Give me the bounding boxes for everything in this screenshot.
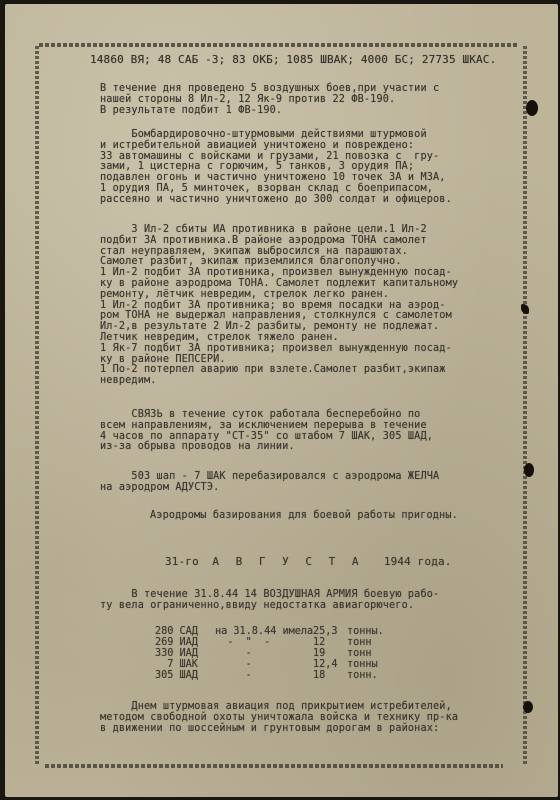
date-month: А В Г У С Т А [212,555,363,568]
fuel-measure: тонны. [347,626,384,637]
date-day: 31-го [165,555,199,568]
fuel-amount: 19 [313,648,347,659]
fuel-measure: тонны [347,659,378,670]
fuel-measure: тонн. [347,670,378,681]
ammunition-line: 14860 ВЯ; 48 САБ -3; 83 ОКБ; 1085 ШВАК; … [90,55,496,66]
fuel-unit: 330 ИАД [155,648,215,659]
fuel-row: 269 ИАД - " -12тонн [155,637,384,648]
fuel-unit: 280 САД [155,626,215,637]
punch-hole [523,701,533,713]
typed-border-bottom [45,764,503,768]
fuel-amount: 12,4 [313,659,347,670]
fuel-row: 330 ИАД -19тонн [155,648,384,659]
fuel-measure: тонн [347,648,372,659]
typed-border-right [523,46,527,766]
fuel-amount: 12 [313,637,347,648]
communications-paragraph: СВЯЗЬ в течение суток работала бесперебо… [100,410,433,453]
typed-border-top [39,43,517,47]
text-line: и истребительной авиацией уничтожено и п… [100,141,452,152]
fuel-date: на 31.8.44 имела [215,626,313,637]
fuel-date: - [215,659,313,670]
relocation-paragraph: 503 шап - 7 ШАК перебазировался с аэродр… [100,472,439,494]
text-line: невредим. [100,376,458,387]
fuel-table: 280 САДна 31.8.44 имела25,3тонны. 269 ИА… [155,626,384,681]
fuel-amount: 25,3 [313,626,347,637]
air-combat-paragraph: В течение дня проведено 5 воздушных боев… [100,84,439,116]
text-line: 1 Як-7 подбит ЗА противника; произвел вы… [100,344,458,355]
text-line: рассеяно и частично уничтожено до 300 со… [100,195,452,206]
punch-hole [526,100,538,116]
text-line: подбит ЗА противника.В районе аэродрома … [100,236,458,247]
text-line: всем направлениям, за исключением переры… [100,421,433,432]
fuel-unit: 269 ИАД [155,637,215,648]
fuel-date: - [215,648,313,659]
fuel-measure: тонн [347,637,372,648]
text-line: В результате подбит 1 ФВ-190. [100,106,439,117]
punch-hole [521,304,529,314]
date-year: 1944 года. [384,555,452,568]
fuel-row: 305 ШАД -18тонн. [155,670,384,681]
text-line: нашей стороны 8 Ил-2, 12 Як-9 против 22 … [100,95,439,106]
punch-hole [524,463,534,477]
text-line: ту вела ограниченно,ввиду недостатка ави… [100,601,439,612]
airfields-status: Аэродромы базирования для боевой работы … [150,511,458,522]
text-line: в движении по шоссейным и грунтовым доро… [100,724,458,735]
text-line: на аэродром АДУСТЭ. [100,483,439,494]
typed-border-left [35,46,39,766]
text-line: ремонту, лётчик невредим, стрелок легко … [100,290,458,301]
fuel-row: 7 ШАК -12,4тонны [155,659,384,670]
destroyed-paragraph: Бомбардировочно-штурмовыми действиями шт… [100,130,452,206]
fuel-date: - " - [215,637,313,648]
fuel-unit: 305 ШАД [155,670,215,681]
fuel-date: - [215,670,313,681]
limited-ops-paragraph: В течение 31.8.44 14 ВОЗДУШНАЯ АРМИЯ бое… [100,590,439,612]
text-line: методом свободной охоты уничтожала войск… [100,713,458,724]
losses-paragraph: 3 Ил-2 сбиты ИА противника в районе цели… [100,225,458,387]
free-hunt-paragraph: Днем штурмовая авиация под прикрытием ис… [100,702,458,734]
fuel-amount: 18 [313,670,347,681]
fuel-row: 280 САДна 31.8.44 имела25,3тонны. [155,626,384,637]
text-line: из-за обрыва проводов на линии. [100,442,433,453]
fuel-unit: 7 ШАК [155,659,215,670]
date-heading: 31-го А В Г У С Т А 1944 года. [165,557,452,568]
